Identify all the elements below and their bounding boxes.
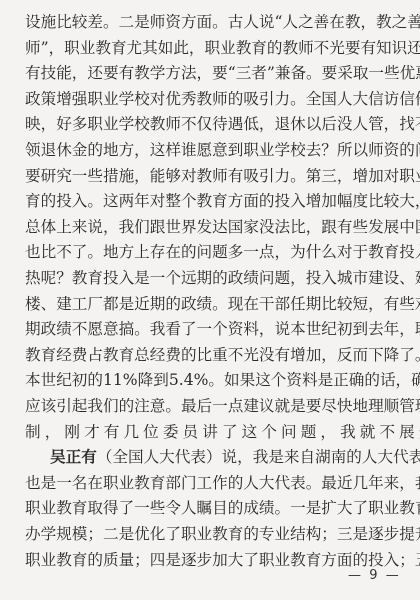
speaker-name: 吴正有 [50, 448, 97, 466]
text-line: 也比不了。地方上存在的问题多一点，为什么对于教育投入不 [25, 242, 409, 262]
speaker-intro: （全国人大代表）说，我是来自湖南的人大代表， [97, 448, 420, 466]
text-line: 也是一名在职业教育部门工作的人大代表。最近几年来，我国 [25, 473, 409, 493]
text-line: 有技能，还要有教学方法，要“三者”兼备。要采取一些优惠 [25, 63, 409, 83]
text-line: 领退休金的地方，这样谁愿意到职业学校去？所以师资的问题 [25, 140, 409, 160]
text-line: 楼、建工厂都是近期的政绩。现在干部任期比较短，有些对远 [25, 294, 409, 314]
text-line: 设施比较差。二是师资方面。古人说“人之善在教，教之善在 [25, 12, 409, 32]
text-line: 期政绩不愿意搞。我看了一个资料，说本世纪初到去年，职业 [25, 319, 409, 339]
text-line: 本世纪初的11%降到5.4%。如果这个资料是正确的话，确实 [25, 370, 409, 390]
text-line: 总体上来说，我们跟世界发达国家没法比，跟有些发展中国家 [25, 217, 409, 237]
text-line: 职业教育的质量；四是逐步加大了职业教育方面的投入；五是 [25, 550, 409, 570]
page-number: — 9 — [348, 568, 399, 583]
text-line: 教育经费占教育总经费的比重不光没有增加，反而下降了。由 [25, 345, 409, 365]
text-line: 应该引起我们的注意。最后一点建议就是要尽快地理顺管理体 [25, 396, 409, 416]
text-line: 职业教育取得了一些令人瞩目的成绩。一是扩大了职业教育的 [25, 498, 409, 518]
text-line: 制，刚才有几位委员讲了这个问题，我就不展开讲了。 [25, 422, 409, 442]
text-line: 映，好多职业学校教师不仅待遇低，退休以后没人管，找不到 [25, 114, 409, 134]
text-line: 师”，职业教育尤其如此，职业教育的教师不光要有知识还要 [25, 38, 409, 58]
document-page: 设施比较差。二是师资方面。古人说“人之善在教，教之善在 师”，职业教育尤其如此，… [0, 0, 420, 600]
text-line: 办学规模；二是优化了职业教育的专业结构；三是逐步提升了 [25, 524, 409, 544]
text-line: 要研究一些措施，能够对教师有吸引力。第三，增加对职业教 [25, 166, 409, 186]
text-line: 政策增强职业学校对优秀教师的吸引力。全国人大信访信件反 [25, 89, 409, 109]
text-line-first: 吴正有（全国人大代表）说，我是来自湖南的人大代表， [50, 447, 409, 467]
text-line: 育的投入。这两年对整个教育方面的投入增加幅度比较大，但 [25, 191, 409, 211]
text-line: 热呢？教育投入是一个远期的政绩问题，投入城市建设、建大 [25, 268, 409, 288]
